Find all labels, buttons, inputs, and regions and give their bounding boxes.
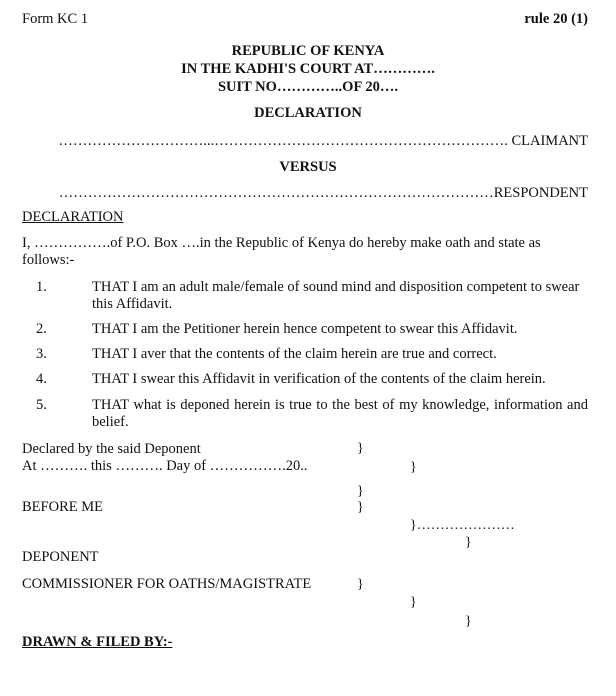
item-text: THAT what is deponed herein is true to t… xyxy=(92,397,588,431)
title-declaration: DECLARATION xyxy=(0,105,616,122)
brace: } xyxy=(357,441,364,457)
title-court: IN THE KADHI'S COURT AT…………. xyxy=(0,61,616,78)
at-date-line: At ………. this ………. Day of …………….20.. xyxy=(22,458,308,475)
claimant-line: …………………………...……………………………………………………. CLAIM… xyxy=(58,133,588,150)
drawn-filed-by-label: DRAWN & FILED BY:- xyxy=(22,634,173,651)
brace: } xyxy=(410,595,417,611)
item-text: THAT I am an adult male/female of sound … xyxy=(92,279,588,313)
item-number: 1. xyxy=(36,279,47,296)
intro-line-1: I, …………….of P.O. Box ….in the Republic o… xyxy=(22,235,541,252)
brace: } xyxy=(357,484,364,500)
brace: } xyxy=(410,460,417,476)
form-id: Form KC 1 xyxy=(22,11,88,28)
rule-reference: rule 20 (1) xyxy=(524,11,588,28)
item-text: THAT I aver that the contents of the cla… xyxy=(92,346,588,363)
title-suit-no: SUIT NO…………..OF 20…. xyxy=(0,79,616,96)
brace: } xyxy=(465,614,472,630)
commissioner-label: COMMISSIONER FOR OATHS/MAGISTRATE xyxy=(22,576,311,593)
brace: } xyxy=(357,500,364,516)
deponent-label: DEPONENT xyxy=(22,549,99,566)
item-number: 2. xyxy=(36,321,47,338)
item-text: THAT I swear this Affidavit in verificat… xyxy=(92,371,588,388)
item-text: THAT I am the Petitioner herein hence co… xyxy=(92,321,588,338)
declaration-heading: DECLARATION xyxy=(22,209,124,226)
brace: } xyxy=(465,535,472,551)
respondent-line: ………………………………………………………………………………RESPONDENT xyxy=(59,185,588,202)
deponent-signature-line: }………………… xyxy=(410,518,515,534)
item-number: 3. xyxy=(36,346,47,363)
intro-line-2: follows:- xyxy=(22,252,74,269)
declared-by-label: Declared by the said Deponent xyxy=(22,441,201,458)
versus-label: VERSUS xyxy=(0,159,616,176)
item-number: 4. xyxy=(36,371,47,388)
item-number: 5. xyxy=(36,397,47,414)
title-republic: REPUBLIC OF KENYA xyxy=(0,43,616,60)
before-me-label: BEFORE ME xyxy=(22,499,103,516)
brace: } xyxy=(357,577,364,593)
